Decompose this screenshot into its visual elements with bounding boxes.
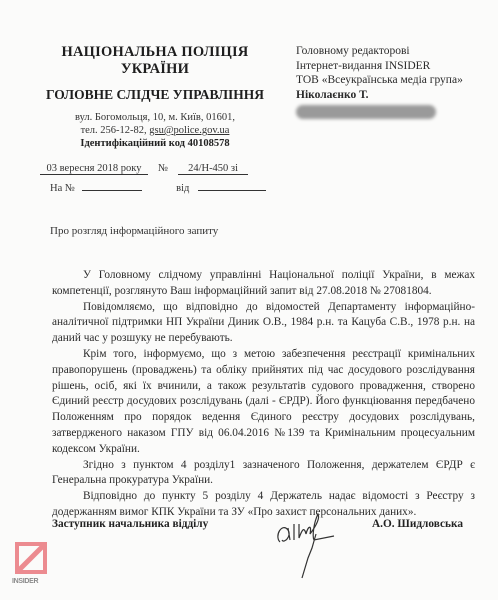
reference-line: На № від	[50, 180, 266, 194]
registration-line: 03 вересня 2018 року№24/Н-450 зі	[40, 163, 248, 175]
recipient-line3: ТОВ «Всеукраїнська медіа група»	[296, 73, 496, 88]
address: вул. Богомольця, 10, м. Київ, 01601,	[30, 111, 280, 124]
redacted-bar	[296, 105, 436, 119]
recipient-line2: Інтернет-видання INSIDER	[296, 59, 496, 74]
insider-logo-icon	[15, 542, 47, 574]
recipient-line1: Головному редакторові	[296, 44, 496, 59]
ref-label: На №	[50, 183, 75, 194]
letter-body: У Головному слідчому управлінні Націонал…	[52, 268, 475, 521]
letter-date: 03 вересня 2018 року	[40, 163, 148, 175]
contact-line: тел. 256-12-82, gsu@police.gov.ua	[30, 124, 280, 137]
letterhead: НАЦІОНАЛЬНА ПОЛІЦІЯ УКРАЇНИ ГОЛОВНЕ СЛІД…	[30, 44, 280, 150]
paragraph: Крім того, інформуємо, що з метою забезп…	[52, 347, 475, 458]
subject-line: Про розгляд інформаційного запиту	[50, 225, 218, 237]
paragraph: Згідно з пунктом 4 розділу1 зазначеного …	[52, 458, 475, 490]
signatory-name: А.О. Шидловська	[372, 518, 463, 530]
id-code: Ідентифікаційний код 40108578	[30, 137, 280, 150]
signatory-title: Заступник начальника відділу	[52, 518, 208, 530]
recipient-block: Головному редакторові Інтернет-видання I…	[296, 44, 496, 119]
paragraph: У Головному слідчому управлінні Націонал…	[52, 268, 475, 300]
org-name-line2: УКРАЇНИ	[30, 61, 280, 78]
ref-number-blank	[82, 180, 142, 191]
phone: тел. 256-12-82,	[81, 125, 147, 136]
recipient-name: Ніколаєнко Т.	[296, 88, 496, 103]
ref-date-blank	[198, 180, 266, 191]
watermark-label: INSIDER	[12, 578, 38, 585]
handwritten-signature-icon	[272, 500, 342, 585]
paragraph: Відповідно до пункту 5 розділу 4 Держате…	[52, 489, 475, 521]
letter-number: 24/Н-450 зі	[178, 163, 248, 175]
department-name: ГОЛОВНЕ СЛІДЧЕ УПРАВЛІННЯ	[30, 87, 280, 103]
number-label: №	[158, 163, 168, 174]
email-link[interactable]: gsu@police.gov.ua	[149, 125, 229, 136]
from-label: від	[176, 183, 189, 194]
paragraph: Повідомляємо, що відповідно до відомосте…	[52, 300, 475, 347]
org-name-line1: НАЦІОНАЛЬНА ПОЛІЦІЯ	[30, 44, 280, 61]
